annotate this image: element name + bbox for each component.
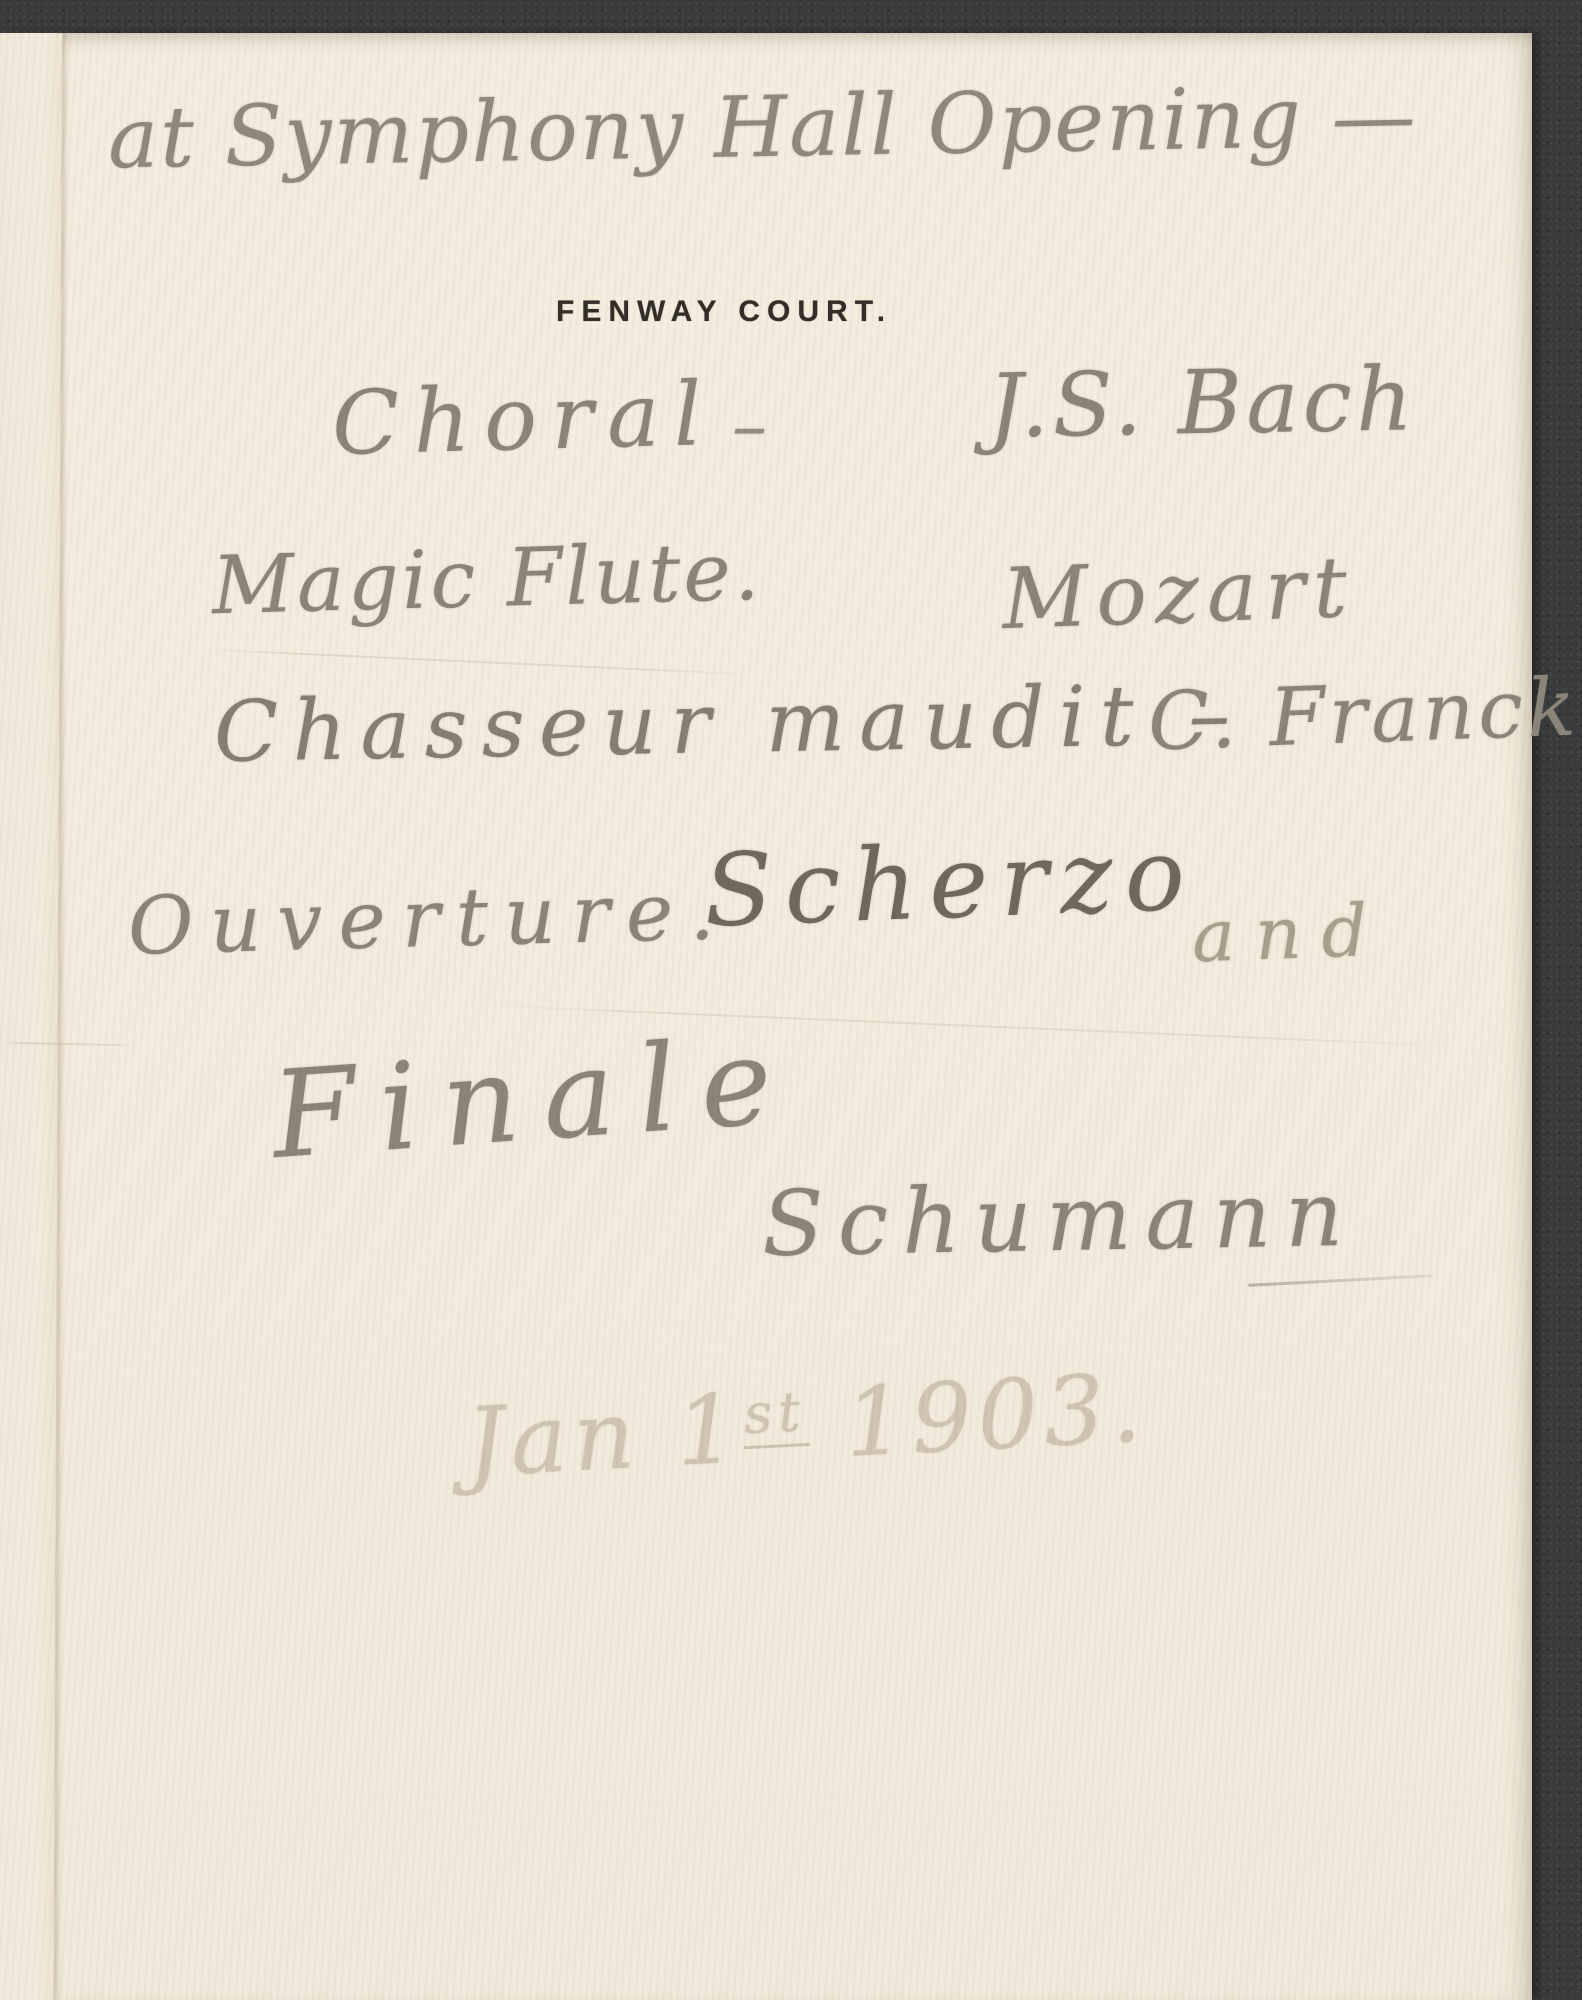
notecard-page: at Symphony Hall Opening — FENWAY COURT.… bbox=[0, 33, 1532, 2000]
piece-title-chasseur-maudit: Chasseur maudit – bbox=[213, 672, 1245, 774]
composer-name-mozart: Mozart bbox=[1001, 545, 1357, 641]
paper-crease bbox=[200, 648, 760, 675]
handwritten-annotation-top: at Symphony Hall Opening — bbox=[107, 74, 1418, 181]
date-year: 1903. bbox=[842, 1353, 1149, 1479]
facing-page-edge bbox=[0, 33, 63, 2000]
handwritten-dash: – bbox=[732, 391, 767, 461]
piece-title-scherzo: Scherzo bbox=[702, 824, 1198, 941]
piece-title-ouverture: Ouverture. bbox=[127, 871, 731, 967]
pencil-flourish-stroke bbox=[1248, 1274, 1433, 1287]
composer-name-franck: C. Franck bbox=[1147, 667, 1581, 762]
date-ordinal: st bbox=[740, 1379, 810, 1449]
letterhead-title: FENWAY COURT. bbox=[556, 295, 892, 329]
composer-name-schumann: Schumann bbox=[761, 1170, 1357, 1270]
piece-title-magic-flute: Magic Flute. bbox=[211, 532, 763, 626]
handwritten-date: Jan 1st 1903. bbox=[464, 1361, 1149, 1492]
piece-title-finale: Finale bbox=[268, 1021, 799, 1177]
piece-title-choral: Choral bbox=[331, 370, 717, 468]
scan-background: at Symphony Hall Opening — FENWAY COURT.… bbox=[0, 0, 1582, 2000]
piece-title-and: and bbox=[1191, 894, 1389, 973]
date-prefix: Jan 1 bbox=[464, 1374, 746, 1498]
composer-name-bach: J.S. Bach bbox=[987, 355, 1417, 450]
